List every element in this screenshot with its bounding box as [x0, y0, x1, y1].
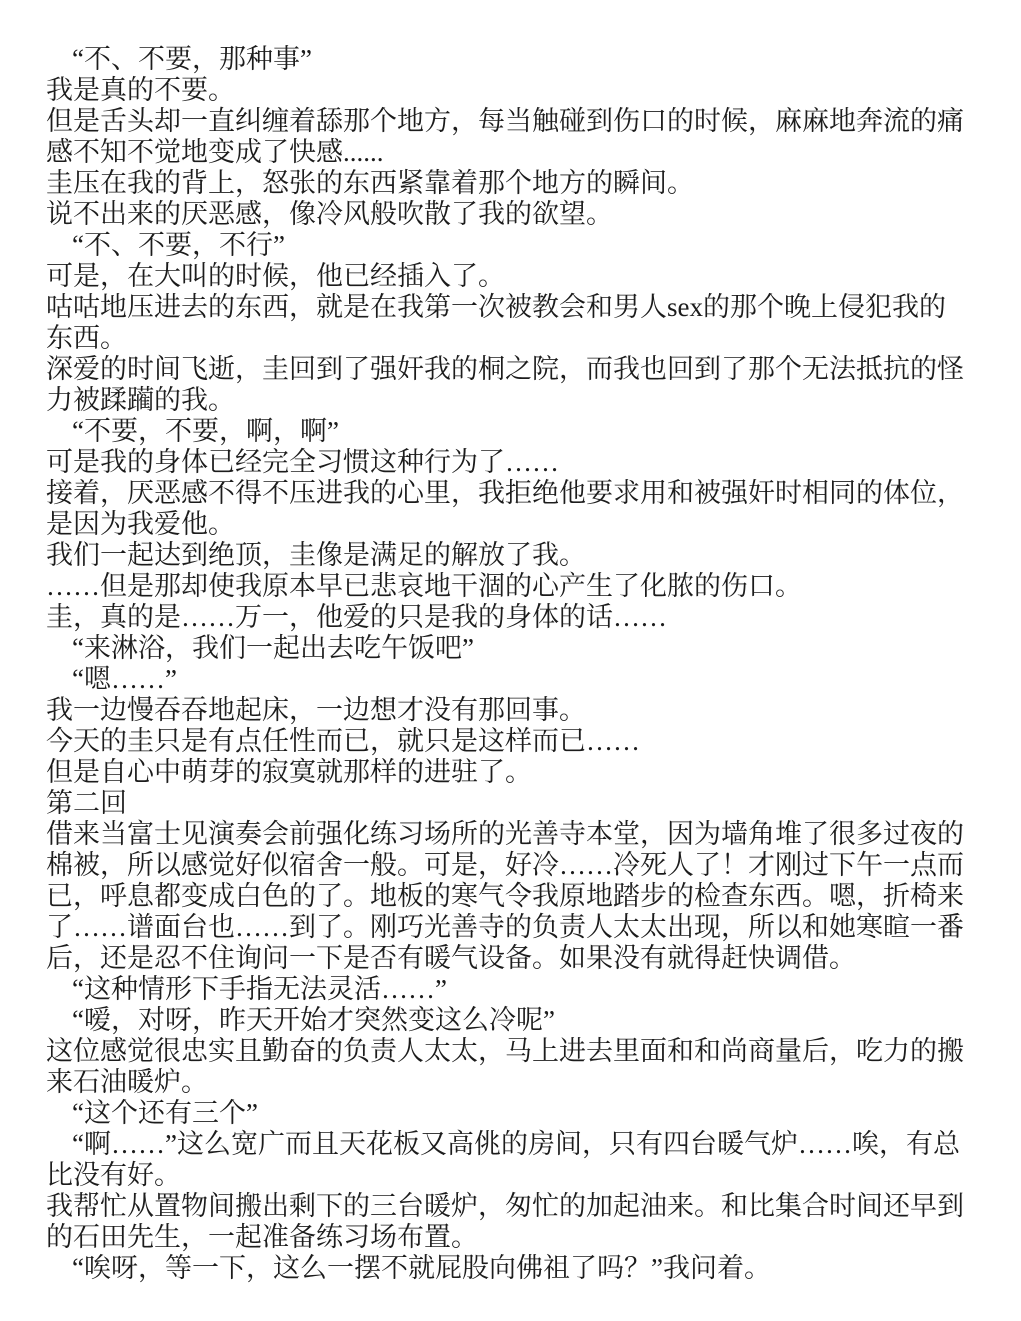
text-line: 咕咕地压进去的东西，就是在我第一次被教会和男人sex的那个晚上侵犯我的 [46, 292, 963, 323]
document-page: “不、不要，那种事”我是真的不要。但是舌头却一直纠缠着舔那个地方，每当触碰到伤口… [0, 0, 1021, 1321]
text-line: 这位感觉很忠实且勤奋的负责人太太，马上进去里面和和尚商量后，吃力的搬 [46, 1036, 963, 1067]
text-line: 第二回 [46, 788, 963, 819]
text-line: 东西。 [46, 323, 963, 354]
text-line: 今天的圭只是有点任性而已，就只是这样而已…… [46, 726, 963, 757]
text-line: 深爱的时间飞逝，圭回到了强奸我的桐之院，而我也回到了那个无法抵抗的怪 [46, 354, 963, 385]
text-line: “唉呀，等一下，这么一摆不就屁股向佛祖了吗？”我问着。 [46, 1253, 963, 1284]
text-line: 我帮忙从置物间搬出剩下的三台暖炉，匆忙的加起油来。和比集合时间还早到 [46, 1191, 963, 1222]
text-line: 了……谱面台也……到了。刚巧光善寺的负责人太太出现，所以和她寒暄一番 [46, 912, 963, 943]
text-line: “嗯……” [46, 664, 963, 695]
text-line: 接着，厌恶感不得不压进我的心里，我拒绝他要求用和被强奸时相同的体位， [46, 478, 963, 509]
text-line: 借来当富士见演奏会前强化练习场所的光善寺本堂，因为墙角堆了很多过夜的 [46, 819, 963, 850]
text-line: 可是我的身体已经完全习惯这种行为了…… [46, 447, 963, 478]
text-line: 感不知不觉地变成了快感...... [46, 137, 963, 168]
text-line: 但是舌头却一直纠缠着舔那个地方，每当触碰到伤口的时候，麻麻地奔流的痛 [46, 106, 963, 137]
text-line: 圭压在我的背上，怒张的东西紧靠着那个地方的瞬间。 [46, 168, 963, 199]
text-body: “不、不要，那种事”我是真的不要。但是舌头却一直纠缠着舔那个地方，每当触碰到伤口… [46, 44, 963, 1284]
text-line: 我是真的不要。 [46, 75, 963, 106]
text-line: 我们一起达到绝顶，圭像是满足的解放了我。 [46, 540, 963, 571]
text-line: 棉被，所以感觉好似宿舍一般。可是，好冷……冷死人了！才刚过下午一点而 [46, 850, 963, 881]
text-line: “这种情形下手指无法灵活……” [46, 974, 963, 1005]
text-line: “来淋浴，我们一起出去吃午饭吧” [46, 633, 963, 664]
text-line: 我一边慢吞吞地起床，一边想才没有那回事。 [46, 695, 963, 726]
text-line: 力被蹂躏的我。 [46, 385, 963, 416]
text-line: 后，还是忍不住询问一下是否有暖气设备。如果没有就得赶快调借。 [46, 943, 963, 974]
text-line: ……但是那却使我原本早已悲哀地干涸的心产生了化脓的伤口。 [46, 571, 963, 602]
text-line: “不、不要，那种事” [46, 44, 963, 75]
text-line: 比没有好。 [46, 1160, 963, 1191]
text-line: “这个还有三个” [46, 1098, 963, 1129]
text-line: 已，呼息都变成白色的了。地板的寒气令我原地踏步的检查东西。嗯，折椅来 [46, 881, 963, 912]
text-line: “不、不要，不行” [46, 230, 963, 261]
text-line: 来石油暖炉。 [46, 1067, 963, 1098]
text-line: 是因为我爱他。 [46, 509, 963, 540]
text-line: 的石田先生，一起准备练习场布置。 [46, 1222, 963, 1253]
text-line: 说不出来的厌恶感，像冷风般吹散了我的欲望。 [46, 199, 963, 230]
text-line: “啊……”这么宽广而且天花板又高佻的房间，只有四台暖气炉……唉，有总 [46, 1129, 963, 1160]
text-line: 圭，真的是……万一，他爱的只是我的身体的话…… [46, 602, 963, 633]
text-line: 但是自心中萌芽的寂寞就那样的进驻了。 [46, 757, 963, 788]
text-line: “嗳，对呀，昨天开始才突然变这么冷呢” [46, 1005, 963, 1036]
text-line: 可是，在大叫的时候，他已经插入了。 [46, 261, 963, 292]
text-line: “不要，不要，啊，啊” [46, 416, 963, 447]
